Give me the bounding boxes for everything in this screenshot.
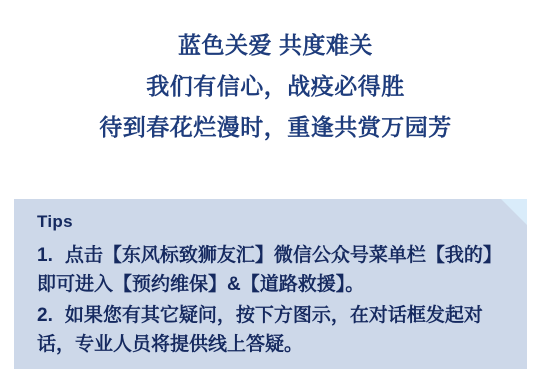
item-number-1: 1. <box>37 245 53 266</box>
tips-item-2: 2.如果您有其它疑问，按下方图示，在对话框发起对话，专业人员将提供线上答疑。 <box>37 301 519 359</box>
header-message: 蓝色关爱 共度难关 我们有信心，战疫必得胜 待到春花烂漫时，重逢共赏万园芳 <box>0 25 551 148</box>
item-text-2: 如果您有其它疑问，按下方图示，在对话框发起对话，专业人员将提供线上答疑。 <box>37 305 483 355</box>
poster: 蓝色关爱 共度难关 我们有信心，战疫必得胜 待到春花烂漫时，重逢共赏万园芳 Ti… <box>0 0 551 391</box>
header-line-3: 待到春花烂漫时，重逢共赏万园芳 <box>0 107 551 148</box>
item-text-1: 点击【东风标致狮友汇】微信公众号菜单栏【我的】即可进入【预约维保】&【道路救援】… <box>37 245 502 295</box>
tips-title: Tips <box>37 211 519 233</box>
tips-box: Tips 1.点击【东风标致狮友汇】微信公众号菜单栏【我的】即可进入【预约维保】… <box>14 199 527 369</box>
tips-item-1: 1.点击【东风标致狮友汇】微信公众号菜单栏【我的】即可进入【预约维保】&【道路救… <box>37 241 519 299</box>
header-line-2: 我们有信心，战疫必得胜 <box>0 66 551 107</box>
item-number-2: 2. <box>37 305 53 326</box>
header-line-1: 蓝色关爱 共度难关 <box>0 25 551 66</box>
